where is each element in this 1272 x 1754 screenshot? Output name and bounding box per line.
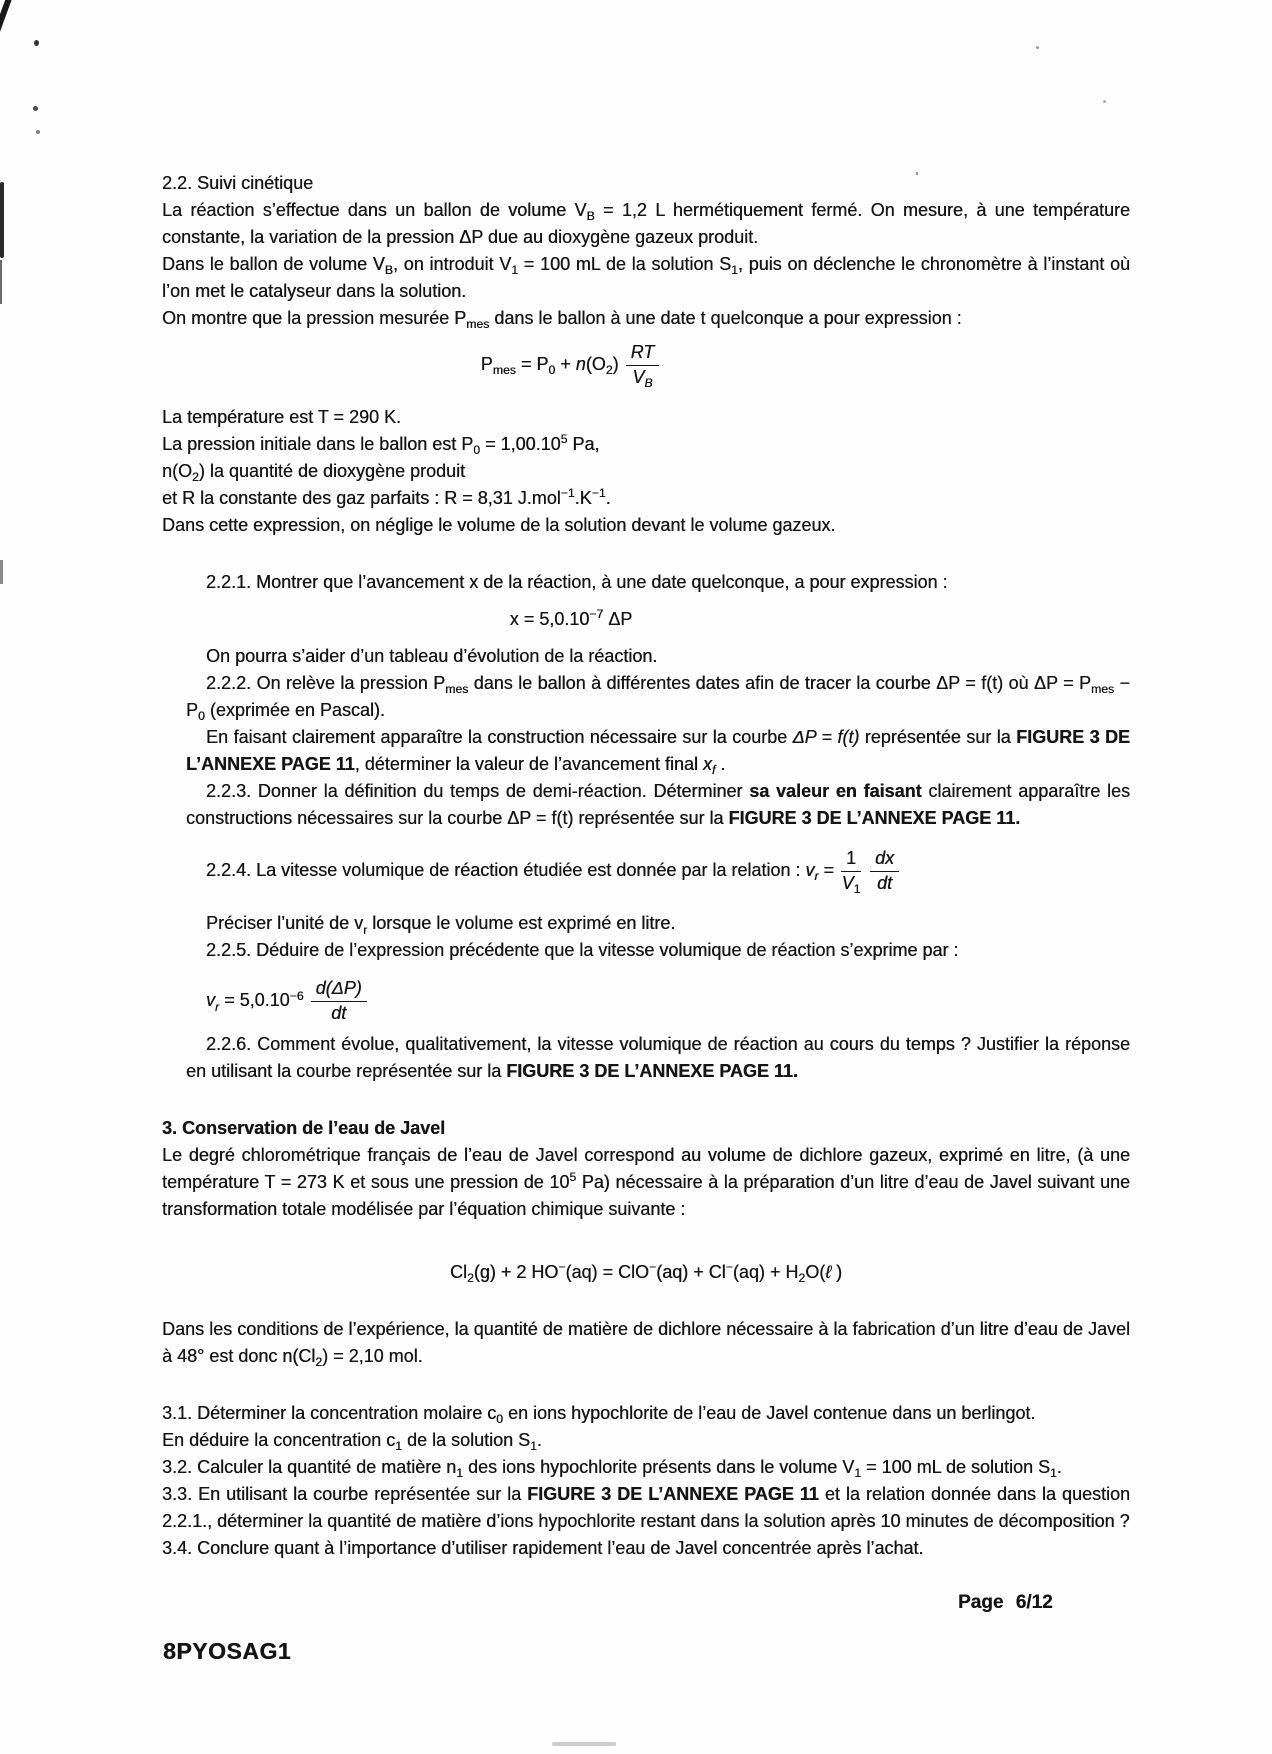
scan-artifact [1103, 100, 1106, 103]
paragraph: Préciser l’unité de vr lorsque le volume… [186, 910, 1130, 937]
scan-artifact [1036, 46, 1039, 49]
paragraph: Dans le ballon de volume VB, on introdui… [162, 251, 1130, 305]
paragraph: On montre que la pression mesurée Pmes d… [162, 305, 1130, 332]
formula: x = 5,0.10−7 ΔP [162, 606, 1130, 633]
paragraph: 3.4. Conclure quant à l’importance d’uti… [162, 1535, 1130, 1562]
paragraph: et R la constante des gaz parfaits : R =… [162, 485, 1130, 512]
document-code: 8PYOSAG1 [163, 1638, 291, 1665]
paragraph: La pression initiale dans le ballon est … [162, 431, 1130, 458]
scan-artifact [36, 130, 40, 134]
paragraph: 3.1. Déterminer la concentration molaire… [162, 1400, 1130, 1427]
scan-artifact [0, 0, 13, 51]
scanned-page: 2.2. Suivi cinétiqueLa réaction s’effect… [0, 0, 1272, 1754]
chemical-equation: Cl2(g) + 2 HO−(aq) = ClO−(aq) + Cl−(aq) … [162, 1259, 1130, 1286]
fraction: dxdt [868, 848, 901, 894]
scan-artifact [34, 40, 39, 46]
page-number: Page 6/12 [958, 1592, 1053, 1614]
scan-artifact [0, 260, 2, 304]
paragraph: La réaction s’effectue dans un ballon de… [162, 197, 1130, 251]
scan-artifact [0, 560, 3, 584]
paragraph: En faisant clairement apparaître la cons… [186, 724, 1130, 778]
paragraph: La température est T = 290 K. [162, 404, 1130, 431]
paragraph: On pourra s’aider d’un tableau d’évoluti… [186, 643, 1130, 670]
paragraph: 2.2.1. Montrer que l’avancement x de la … [186, 569, 1130, 596]
paragraph: 2.2.3. Donner la définition du temps de … [186, 778, 1130, 832]
paragraph: Dans cette expression, on néglige le vol… [162, 512, 1130, 539]
paragraph: n(O2) la quantité de dioxygène produit [162, 458, 1130, 485]
fraction: d(ΔP)dt [309, 978, 369, 1024]
paragraph: 2.2. Suivi cinétique [162, 170, 1130, 197]
paragraph: 3.2. Calculer la quantité de matière n1 … [162, 1454, 1130, 1481]
paragraph: 2.2.2. On relève la pression Pmes dans l… [186, 670, 1130, 724]
formula: vr = 5,0.10−6 d(ΔP)dt [206, 978, 1130, 1024]
fraction: 1V1 [839, 848, 863, 894]
scan-artifact [33, 106, 38, 111]
paragraph: Le degré chlorométrique français de l’ea… [162, 1142, 1130, 1223]
scan-artifact [552, 1742, 616, 1746]
fraction: RTVB [624, 342, 662, 388]
paragraph: 2.2.4. La vitesse volumique de réaction … [186, 848, 1130, 894]
section-heading: 3. Conservation de l’eau de Javel [162, 1115, 1130, 1142]
paragraph: 2.2.5. Déduire de l’expression précédent… [186, 937, 1130, 964]
formula: Pmes = P0 + n(O2) RTVB [162, 342, 1130, 388]
scan-artifact [0, 182, 4, 258]
paragraph: 3.3. En utilisant la courbe représentée … [162, 1481, 1130, 1535]
paragraph: En déduire la concentration c1 de la sol… [162, 1427, 1130, 1454]
document-body: 2.2. Suivi cinétiqueLa réaction s’effect… [162, 170, 1130, 1562]
paragraph: Dans les conditions de l’expérience, la … [162, 1316, 1130, 1370]
paragraph: 2.2.6. Comment évolue, qualitativement, … [186, 1031, 1130, 1085]
